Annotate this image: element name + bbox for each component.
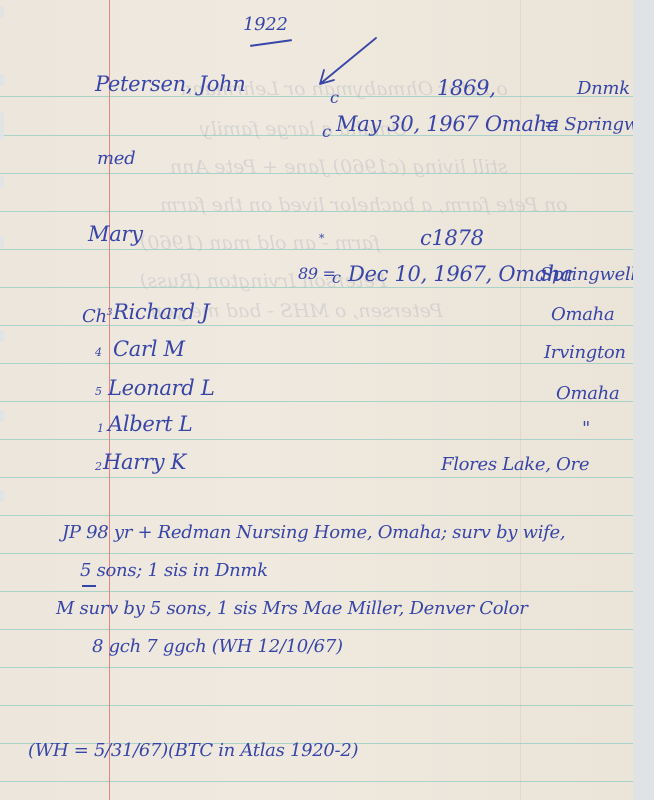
check-arrow-icon [316,36,378,88]
binding-hole [0,112,4,140]
child-name: Carl M [113,337,185,361]
ruled-line [0,363,633,364]
spouse-asterisk: * [319,232,324,245]
spouse-death-date: Dec 10, 1967, Omaha [348,262,573,286]
binding-hole [0,330,4,342]
binding-hole [0,236,4,248]
note-underline [82,585,96,587]
ruled-line [0,439,633,440]
child-order: 1 [97,422,104,435]
obituary-note: 8 gch 7 ggch (WH 12/10/67) [92,636,343,657]
child-name: Albert L [108,412,192,436]
child-order: 4 [95,346,102,359]
death-marker: c [322,122,331,141]
ruled-line [0,515,633,516]
source-citation: (WH = 5/31/67)(BTC in Atlas 1920-2) [28,740,358,761]
person-name: Petersen, John [95,72,246,96]
child-residence: Flores Lake, Ore [441,454,589,475]
child-residence: Omaha [556,383,619,404]
child-name: Richard J [113,300,209,324]
children-label-text: Ch [82,306,107,327]
ruled-line [0,629,633,630]
child-name: Harry K [103,450,186,474]
binding-hole [0,410,4,422]
ruled-line [0,667,633,668]
spouse-birth: c1878 [420,226,484,250]
children-count: 3 [107,308,112,318]
obituary-note: JP 98 yr + Redman Nursing Home, Omaha; s… [62,522,565,543]
ruled-line [0,553,633,554]
children-label: Ch3 [82,306,112,327]
ruled-line [0,477,633,478]
obituary-note: M surv by 5 sons, 1 sis Mrs Mae Miller, … [56,598,528,619]
left-margin-line [109,0,110,800]
child-name: Leonard L [108,376,214,400]
binding-hole [0,6,4,18]
spouse-death-marker: c [332,268,341,287]
bleed-through-text: still living (c1960) Jane + Pete Ann [170,156,508,178]
page-number-underline [250,39,292,47]
ruled-line [0,781,633,782]
child-order: 2 [95,460,102,473]
child-residence: Irvington [544,342,626,363]
death-date: May 30, 1967 Omaha [336,112,559,136]
spouse-age: 89 = [298,264,336,283]
binding-hole [0,490,4,502]
birth-year: 1869, [437,76,496,100]
burial-place: = Springwell [544,114,633,135]
binding-hole [0,176,4,188]
spouse-burial: Springwell [540,264,633,285]
page-number: 1922 [243,14,288,35]
spouse-name: Mary [88,222,143,246]
ruled-line [0,401,633,402]
bleed-through-text: farm - an old man (1960) [140,232,380,254]
ruled-line [0,591,633,592]
binding-hole [0,74,4,86]
birth-marker: c [330,88,339,107]
obituary-note: 5 sons; 1 sis in Dnmk [80,560,268,581]
notebook-page: o Peter Ohmabyman or Lehrmann Omaha a la… [0,0,633,800]
married-label: med [97,148,135,169]
child-residence: Omaha [551,304,614,325]
ruled-line [0,705,633,706]
child-order: 5 [95,385,102,398]
bleed-through-text: on Pete farm, a bachelor lived on the fa… [160,194,568,216]
child-residence: " [582,418,590,439]
birth-place: Dnmk [577,78,630,99]
